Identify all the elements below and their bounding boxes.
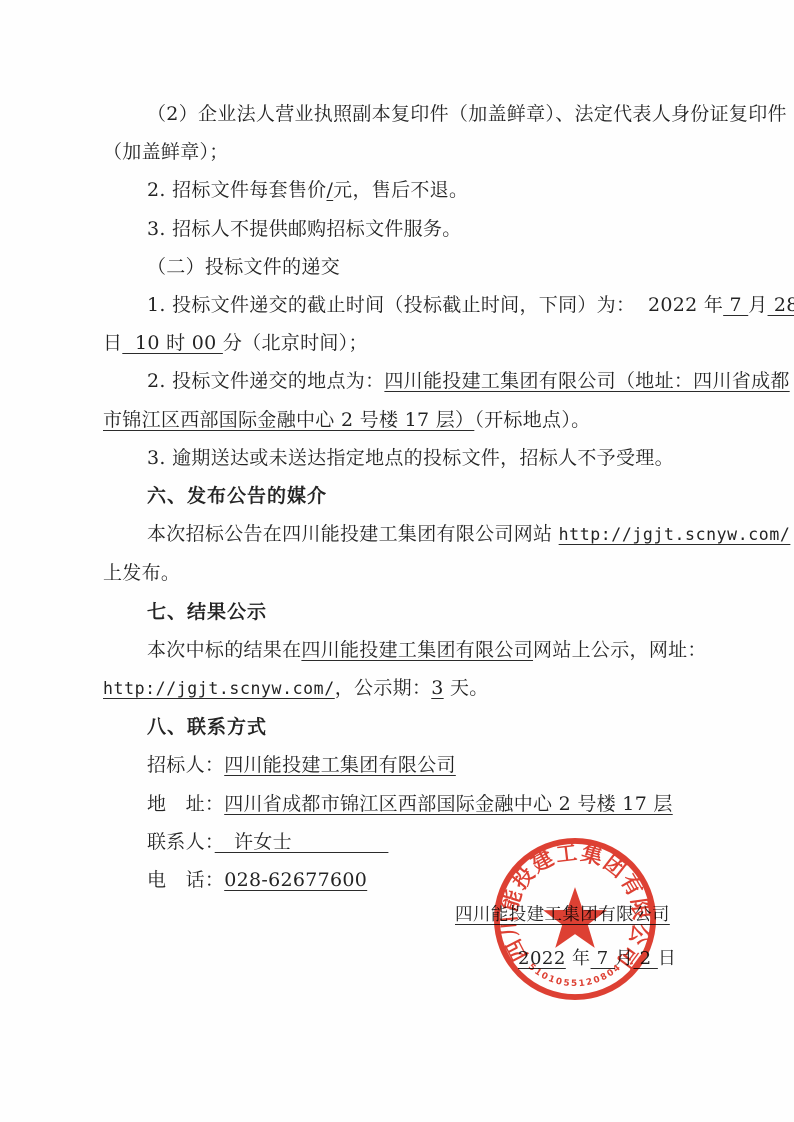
text-segment: （开标地点）。 [474, 409, 590, 431]
text-segment: 本次中标的结果在 [147, 639, 301, 661]
heading-contact: 八、联系方式 [103, 708, 699, 746]
text-segment: （加盖鲜章）； [103, 141, 229, 163]
document-body: （2）企业法人营业执照副本复印件（加盖鲜章）、法定代表人身份证复印件（加盖鲜章）… [103, 95, 699, 899]
heading-media: 六、发布公告的媒介 [103, 477, 699, 515]
text-segment: 日 [103, 332, 122, 354]
text-segment: 地 址： [147, 793, 224, 815]
text-segment: 四川能投建工集团有限公司 [301, 639, 533, 661]
para-location-1: 2. 投标文件递交的地点为：四川能投建工集团有限公司（地址：四川省成都 [103, 362, 699, 400]
text-segment: 28 [768, 294, 794, 316]
text-segment: 7 [723, 294, 748, 316]
text-segment: 招标人： [147, 754, 224, 776]
text-segment: 1. 投标文件递交的截止时间（投标截止时间，下同）为： 2022 年 [147, 294, 723, 316]
text-segment: 八、联系方式 [147, 716, 267, 738]
text-segment: 3. 逾期送达或未送达指定地点的投标文件，招标人不予受理。 [147, 447, 674, 469]
para-location-2: 市锦江区西部国际金融中心 2 号楼 17 层）（开标地点）。 [103, 401, 699, 439]
para-license-copy-2: （加盖鲜章）； [103, 133, 699, 171]
para-media-1: 本次招标公告在四川能投建工集团有限公司网站 http://jgjt.scnyw.… [103, 515, 699, 554]
text-segment: 本次招标公告在四川能投建工集团有限公司网站 [147, 523, 559, 545]
text-segment: 3. 招标人不提供邮购招标文件服务。 [147, 218, 462, 240]
text-segment: 028-62677600 [224, 869, 367, 891]
text-segment: 元，售后不退。 [333, 179, 468, 201]
seal-star-icon [543, 887, 607, 948]
heading-bid-submission: （二）投标文件的递交 [103, 248, 699, 286]
para-no-mail-order: 3. 招标人不提供邮购招标文件服务。 [103, 210, 699, 248]
text-segment: 电 话： [147, 869, 224, 891]
para-late-delivery: 3. 逾期送达或未送达指定地点的投标文件，招标人不予受理。 [103, 439, 699, 477]
text-segment: 分（北京时间）； [223, 332, 368, 354]
text-segment: 日 [658, 948, 677, 969]
text-segment: ，公示期： [335, 677, 432, 699]
text-segment: 市锦江区西部国际金融中心 2 号楼 17 层） [103, 409, 474, 431]
field-address: 地 址：四川省成都市锦江区西部国际金融中心 2 号楼 17 层 [103, 785, 699, 823]
text-segment: （二）投标文件的递交 [147, 256, 340, 278]
text-segment: 月 [748, 294, 767, 316]
para-license-copy-1: （2）企业法人营业执照副本复印件（加盖鲜章）、法定代表人身份证复印件 [103, 95, 699, 133]
text-segment: 六、发布公告的媒介 [147, 485, 327, 507]
company-seal: 四川能投建工集团有限公司 5101055120804 [491, 835, 659, 1003]
para-media-2: 上发布。 [103, 554, 699, 592]
para-doc-price: 2. 招标文件每套售价/元，售后不退。 [103, 171, 699, 209]
seal-code-arc-text: 5101055120804 [526, 962, 624, 989]
para-result-1: 本次中标的结果在四川能投建工集团有限公司网站上公示，网址： [103, 631, 699, 669]
para-result-2: http://jgjt.scnyw.com/，公示期：3 天。 [103, 669, 699, 708]
text-segment: 许女士 [215, 831, 389, 853]
text-segment: 2. 招标文件每套售价 [147, 179, 326, 201]
heading-result: 七、结果公示 [103, 593, 699, 631]
text-segment: 联系人： [147, 831, 215, 853]
para-deadline-1: 1. 投标文件递交的截止时间（投标截止时间，下同）为： 2022 年 7 月 2… [103, 286, 699, 324]
text-segment: 2. 投标文件递交的地点为： [147, 370, 384, 392]
para-deadline-2: 日 10 时 00 分（北京时间）； [103, 324, 699, 362]
field-tenderer: 招标人：四川能投建工集团有限公司 [103, 746, 699, 784]
text-segment: 网站上公示，网址： [533, 639, 707, 661]
text-segment: 10 时 00 [122, 332, 223, 354]
text-segment: （2）企业法人营业执照副本复印件（加盖鲜章）、法定代表人身份证复印件 [147, 103, 787, 125]
url-text: http://jgjt.scnyw.com/ [103, 679, 335, 698]
url-text: http://jgjt.scnyw.com/ [559, 525, 791, 544]
text-segment: 四川能投建工集团有限公司（地址：四川省成都 [384, 370, 789, 392]
scanned-document-page: （2）企业法人营业执照副本复印件（加盖鲜章）、法定代表人身份证复印件（加盖鲜章）… [0, 0, 794, 1122]
text-segment: 上发布。 [103, 562, 180, 584]
text-segment: 四川省成都市锦江区西部国际金融中心 2 号楼 17 层 [224, 793, 673, 815]
text-segment: 3 [431, 677, 443, 699]
text-segment: 七、结果公示 [147, 601, 267, 623]
text-segment: 四川能投建工集团有限公司 [224, 754, 456, 776]
text-segment: 天。 [444, 677, 489, 699]
